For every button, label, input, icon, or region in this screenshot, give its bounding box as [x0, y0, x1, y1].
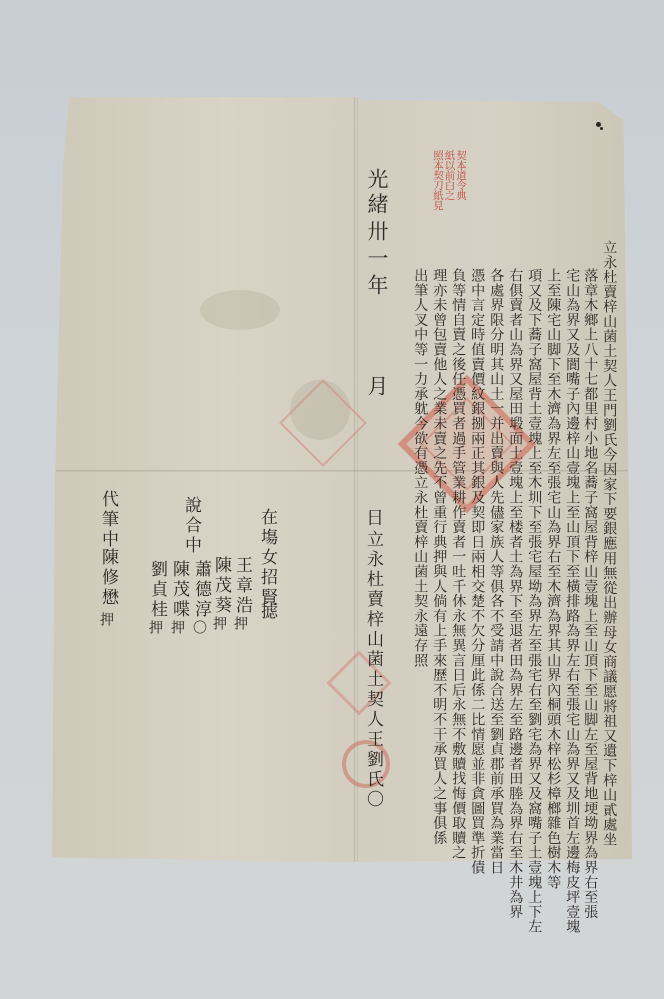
body-column-4: 上至陳宅山脚下至木濟為界左至張宅山為界右至木濟為界其山界內桐頭木梓松杉樟榔雜色樹…: [546, 268, 560, 890]
body-column-9: 負等情自賣之後任憑買者過手管業耕作賣者一吐千休永無異言日后永無不敷贖找悔價取贖之: [451, 268, 465, 860]
date-day: 日: [364, 508, 382, 529]
body-column-5: 項又及下蕎子窩屋背土壹塊上至木圳下至張宅屋坳為界左至張宅右至劉宅為界又及窩嘴子土…: [527, 268, 541, 934]
body-column-11: 出筆人叉中等一力承躭今欲有憑立永杜賣梓山菌土契永遠存照: [413, 268, 427, 668]
present-witness-label: 在塲女招賢: [258, 508, 275, 608]
middleman-1-mark: 〇: [192, 620, 206, 637]
present-witness-mark: 摅: [258, 602, 275, 622]
paper-stain: [200, 290, 280, 330]
stamp-column: 紙以前白之: [444, 150, 455, 228]
seller-signature: 立永杜賣梓山菌土契人王劉氏〇: [364, 530, 381, 810]
middlemen-label: 說合中: [182, 496, 199, 556]
middleman-3-mark: 押: [148, 620, 162, 637]
scribe-name: 陳修懋: [99, 548, 116, 608]
body-column-3: 宅山為界又及閬嘴子內邊梓山壹塊上至山頂下至橫排路為界左右至張宅山為界又及圳首左邊…: [565, 268, 579, 934]
body-column-8: 憑中言定時值賣價紋銀捌兩正其銀及契即日兩相交楚不欠分厘此係二比情愿並非貪圖買準折…: [470, 268, 484, 875]
body-column-6: 右俱賣者山為界又屋田塅面土壹塊上至楼者土為界下至退者田為界左至路邊者田塍為界右至…: [508, 268, 522, 919]
body-column-2: 落章木鄉上八十七都里村小地名蕎子窩屋背梓山壹塊上至山頂下至山脚左至屋背地埂坳界為…: [583, 268, 597, 919]
present-person-1-mark: 押: [233, 616, 247, 633]
body-column-1: 立永杜賣梓山菌土契人王門劉氏今因家下要銀應用無從出辦母女商議愿將祖又遺下梓山貳處…: [602, 240, 616, 847]
ink-blot: [600, 127, 603, 130]
middleman-1: 蕭德淳: [192, 560, 209, 620]
stamp-column: 照本契刀紙見: [433, 150, 444, 228]
body-column-10: 理亦未曾包賣他人之業未賣之先不曾重行典押與人倘有上手來歷不明不干承買人之事俱係: [432, 268, 446, 845]
body-column-7: 各處界限分明其山土一并出賣與人先儘家族人等俱各不受請中說合送至劉貞郡前承買為業當…: [489, 268, 503, 875]
present-person-1: 王章浩: [233, 556, 250, 616]
horizontal-fold-line: [56, 470, 628, 473]
stamp-column: 契本道令典: [456, 150, 467, 228]
middleman-2: 陳茂喋: [170, 560, 187, 620]
middleman-3: 劉貞桂: [148, 560, 165, 620]
top-red-stamp: 契本道令典 紙以前白之 照本契刀紙見: [404, 150, 466, 228]
scribe-label: 代筆中: [99, 490, 116, 550]
date-era: 光緒: [366, 168, 387, 218]
present-person-2-mark: 押: [212, 616, 226, 633]
middleman-2-mark: 押: [170, 620, 184, 637]
scribe-mark: 押: [99, 612, 113, 629]
date-month: 月: [366, 375, 387, 400]
present-person-2: 陳茂葵: [212, 556, 229, 616]
date-year: 卅一年: [366, 220, 387, 301]
